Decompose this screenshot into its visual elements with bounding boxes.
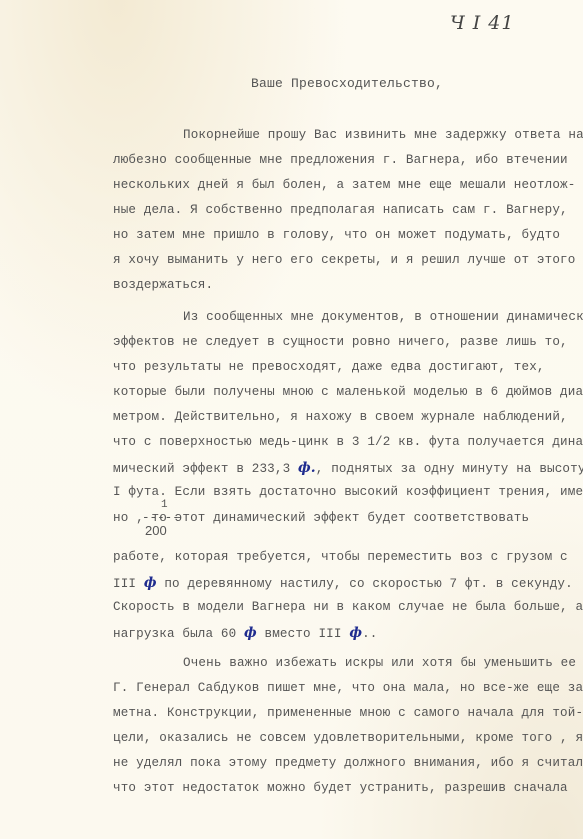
text-segment: вместо III: [257, 627, 350, 641]
salutation: Ваше Превосходительство,: [251, 76, 443, 91]
text-segment: ..: [362, 627, 377, 641]
text-line: что с поверхностью медь-цинк в 3 1/2 кв.…: [113, 435, 583, 449]
document-page: Ч I 41 Ваше Превосходительство, Покорней…: [0, 0, 583, 839]
text-segment: , поднятых за одну минуту на высоту: [316, 462, 583, 476]
text-line: Очень важно избежать искры или хотя бы у…: [183, 656, 576, 670]
text-line: Покорнейше прошу Вас извинить мне задерж…: [183, 128, 583, 142]
text-segment: нагрузка была 60: [113, 627, 244, 641]
fraction-numerator: 1: [161, 499, 168, 511]
text-line-with-handwriting: нагрузка была 60 ф вместо III ф..: [113, 625, 378, 641]
handwritten-unit: ф: [244, 625, 257, 641]
text-line: что результаты не превосходят, даже едва…: [113, 360, 545, 374]
text-line-with-handwriting: мический эффект в 233,3 ф., поднятых за …: [113, 460, 583, 476]
text-segment: по деревянному настилу, со скоростью 7 ф…: [157, 577, 573, 591]
text-line: метром. Действительно, я нахожу в своем …: [113, 410, 568, 424]
handwritten-date-annotation: Ч I 41: [450, 12, 514, 34]
text-line: эффектов не следует в сущности ровно нич…: [113, 335, 568, 349]
fraction-denominator: 200: [145, 523, 167, 538]
text-line: метна. Конструкции, примененные мною с с…: [113, 706, 583, 720]
text-line: цели, оказались не совсем удовлетворител…: [113, 731, 583, 745]
text-line: ные дела. Я собственно предполагая напис…: [113, 203, 568, 217]
text-line: что этот недостаток можно будет устранит…: [113, 781, 568, 795]
text-line: но затем мне пришло в голову, что он мож…: [113, 228, 560, 242]
text-line: работе, которая требуется, чтобы перемес…: [113, 550, 568, 564]
text-line: Из сообщенных мне документов, в отношени…: [183, 310, 583, 324]
text-line: которые были получены мною с маленькой м…: [113, 385, 583, 399]
handwritten-unit: ф: [349, 625, 362, 641]
text-line: Скорость в модели Вагнера ни в каком слу…: [113, 600, 583, 614]
text-line: I фута. Если взять достаточно высокий ко…: [113, 485, 583, 499]
handwritten-unit: ф.: [298, 460, 316, 476]
text-line: воздержаться.: [113, 278, 213, 292]
text-line-with-handwriting: III ф по деревянному настилу, со скорост…: [113, 575, 573, 591]
text-line: нескольких дней я был болен, а затем мне…: [113, 178, 575, 192]
text-line: я хочу выманить у него его секреты, и я …: [113, 253, 575, 267]
text-segment: III: [113, 577, 144, 591]
text-line: Г. Генерал Сабдуков пишет мне, что она м…: [113, 681, 583, 695]
text-line: не уделял пока этому предмету должного в…: [113, 756, 583, 770]
text-segment: мический эффект в 233,3: [113, 462, 298, 476]
handwritten-unit: ф: [144, 575, 157, 591]
text-line: любезно сообщенные мне предложения г. Ва…: [113, 153, 568, 167]
